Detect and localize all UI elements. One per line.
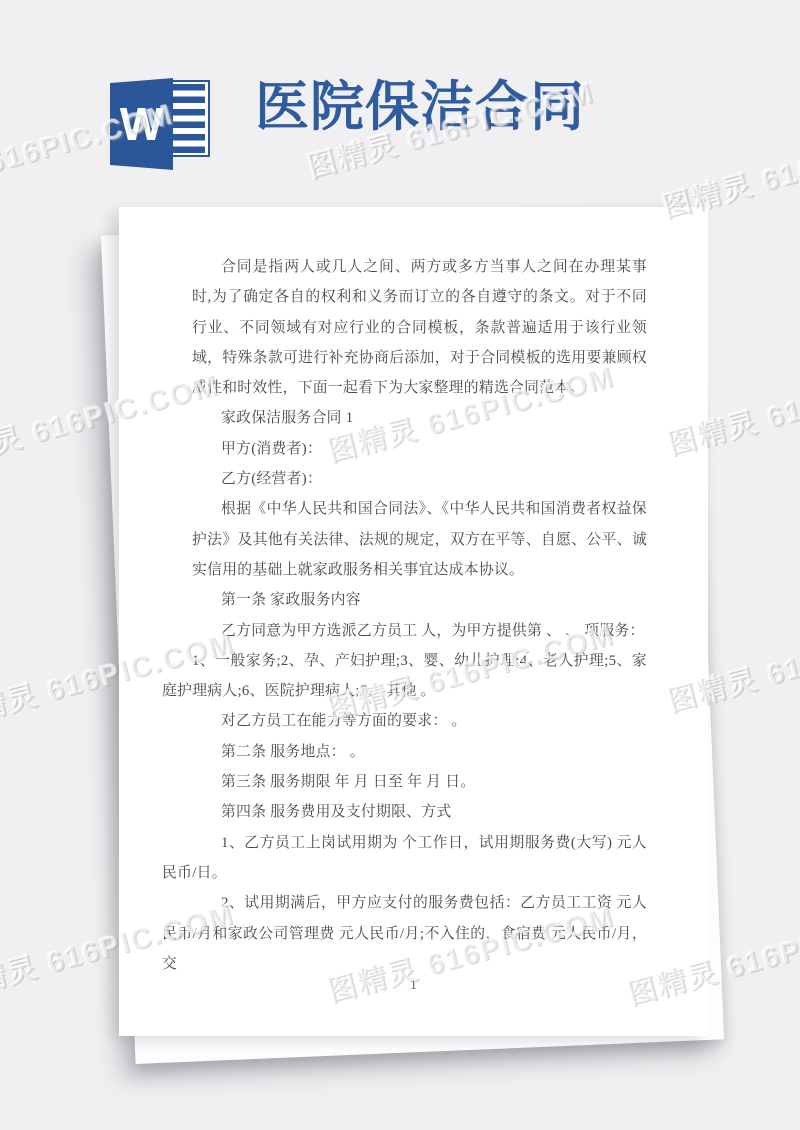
header: W 医院保洁合同 bbox=[110, 78, 585, 170]
page-number: 1 bbox=[119, 978, 708, 992]
word-logo-letter: W bbox=[120, 101, 163, 147]
word-logo-icon: W bbox=[110, 78, 210, 170]
paragraph: 第一条 家政服务内容 bbox=[192, 585, 647, 615]
paragraph: 甲方(消费者)： bbox=[192, 434, 647, 464]
paragraph: 第四条 服务费用及支付期限、方式 bbox=[192, 797, 647, 827]
word-logo-panel-icon: W bbox=[110, 78, 173, 170]
paragraph: 乙方同意为甲方选派乙方员工 人，为甲方提供第 、 、 项服务： bbox=[192, 616, 647, 646]
paragraph: 2、试用期满后，甲方应支付的服务费包括：乙方员工工资 元人民币/月和家政公司管理… bbox=[162, 888, 647, 979]
paragraph: 第二条 服务地点： 。 bbox=[192, 737, 647, 767]
paragraph: 乙方(经营者)： bbox=[192, 464, 647, 494]
document-page: 合同是指两人或几人之间、两方或多方当事人之间在办理某事时,为了确定各自的权利和义… bbox=[119, 207, 708, 1036]
document-preview: W 医院保洁合同 合同是指两人或几人之间、两方或多方当事人之间在办理某事时,为了… bbox=[0, 0, 800, 1130]
paragraph: 合同是指两人或几人之间、两方或多方当事人之间在办理某事时,为了确定各自的权利和义… bbox=[192, 252, 647, 403]
paragraph: 1、一般家务;2、孕、产妇护理;3、婴、幼儿护理;4、老人护理;5、家庭护理病人… bbox=[162, 646, 647, 707]
document-body: 合同是指两人或几人之间、两方或多方当事人之间在办理某事时,为了确定各自的权利和义… bbox=[162, 252, 647, 979]
document-title: 医院保洁合同 bbox=[255, 78, 585, 134]
paragraph: 第三条 服务期限 年 月 日至 年 月 日。 bbox=[192, 767, 647, 797]
paragraph: 对乙方员工在能力等方面的要求： 。 bbox=[192, 706, 647, 736]
paragraph: 根据《中华人民共和国合同法》、《中华人民共和国消费者权益保护法》及其他有关法律、… bbox=[192, 494, 647, 585]
paragraph: 家政保洁服务合同 1 bbox=[192, 403, 647, 433]
paragraph: 1、乙方员工上岗试用期为 个工作日，试用期服务费(大写) 元人民币/日。 bbox=[162, 828, 647, 889]
